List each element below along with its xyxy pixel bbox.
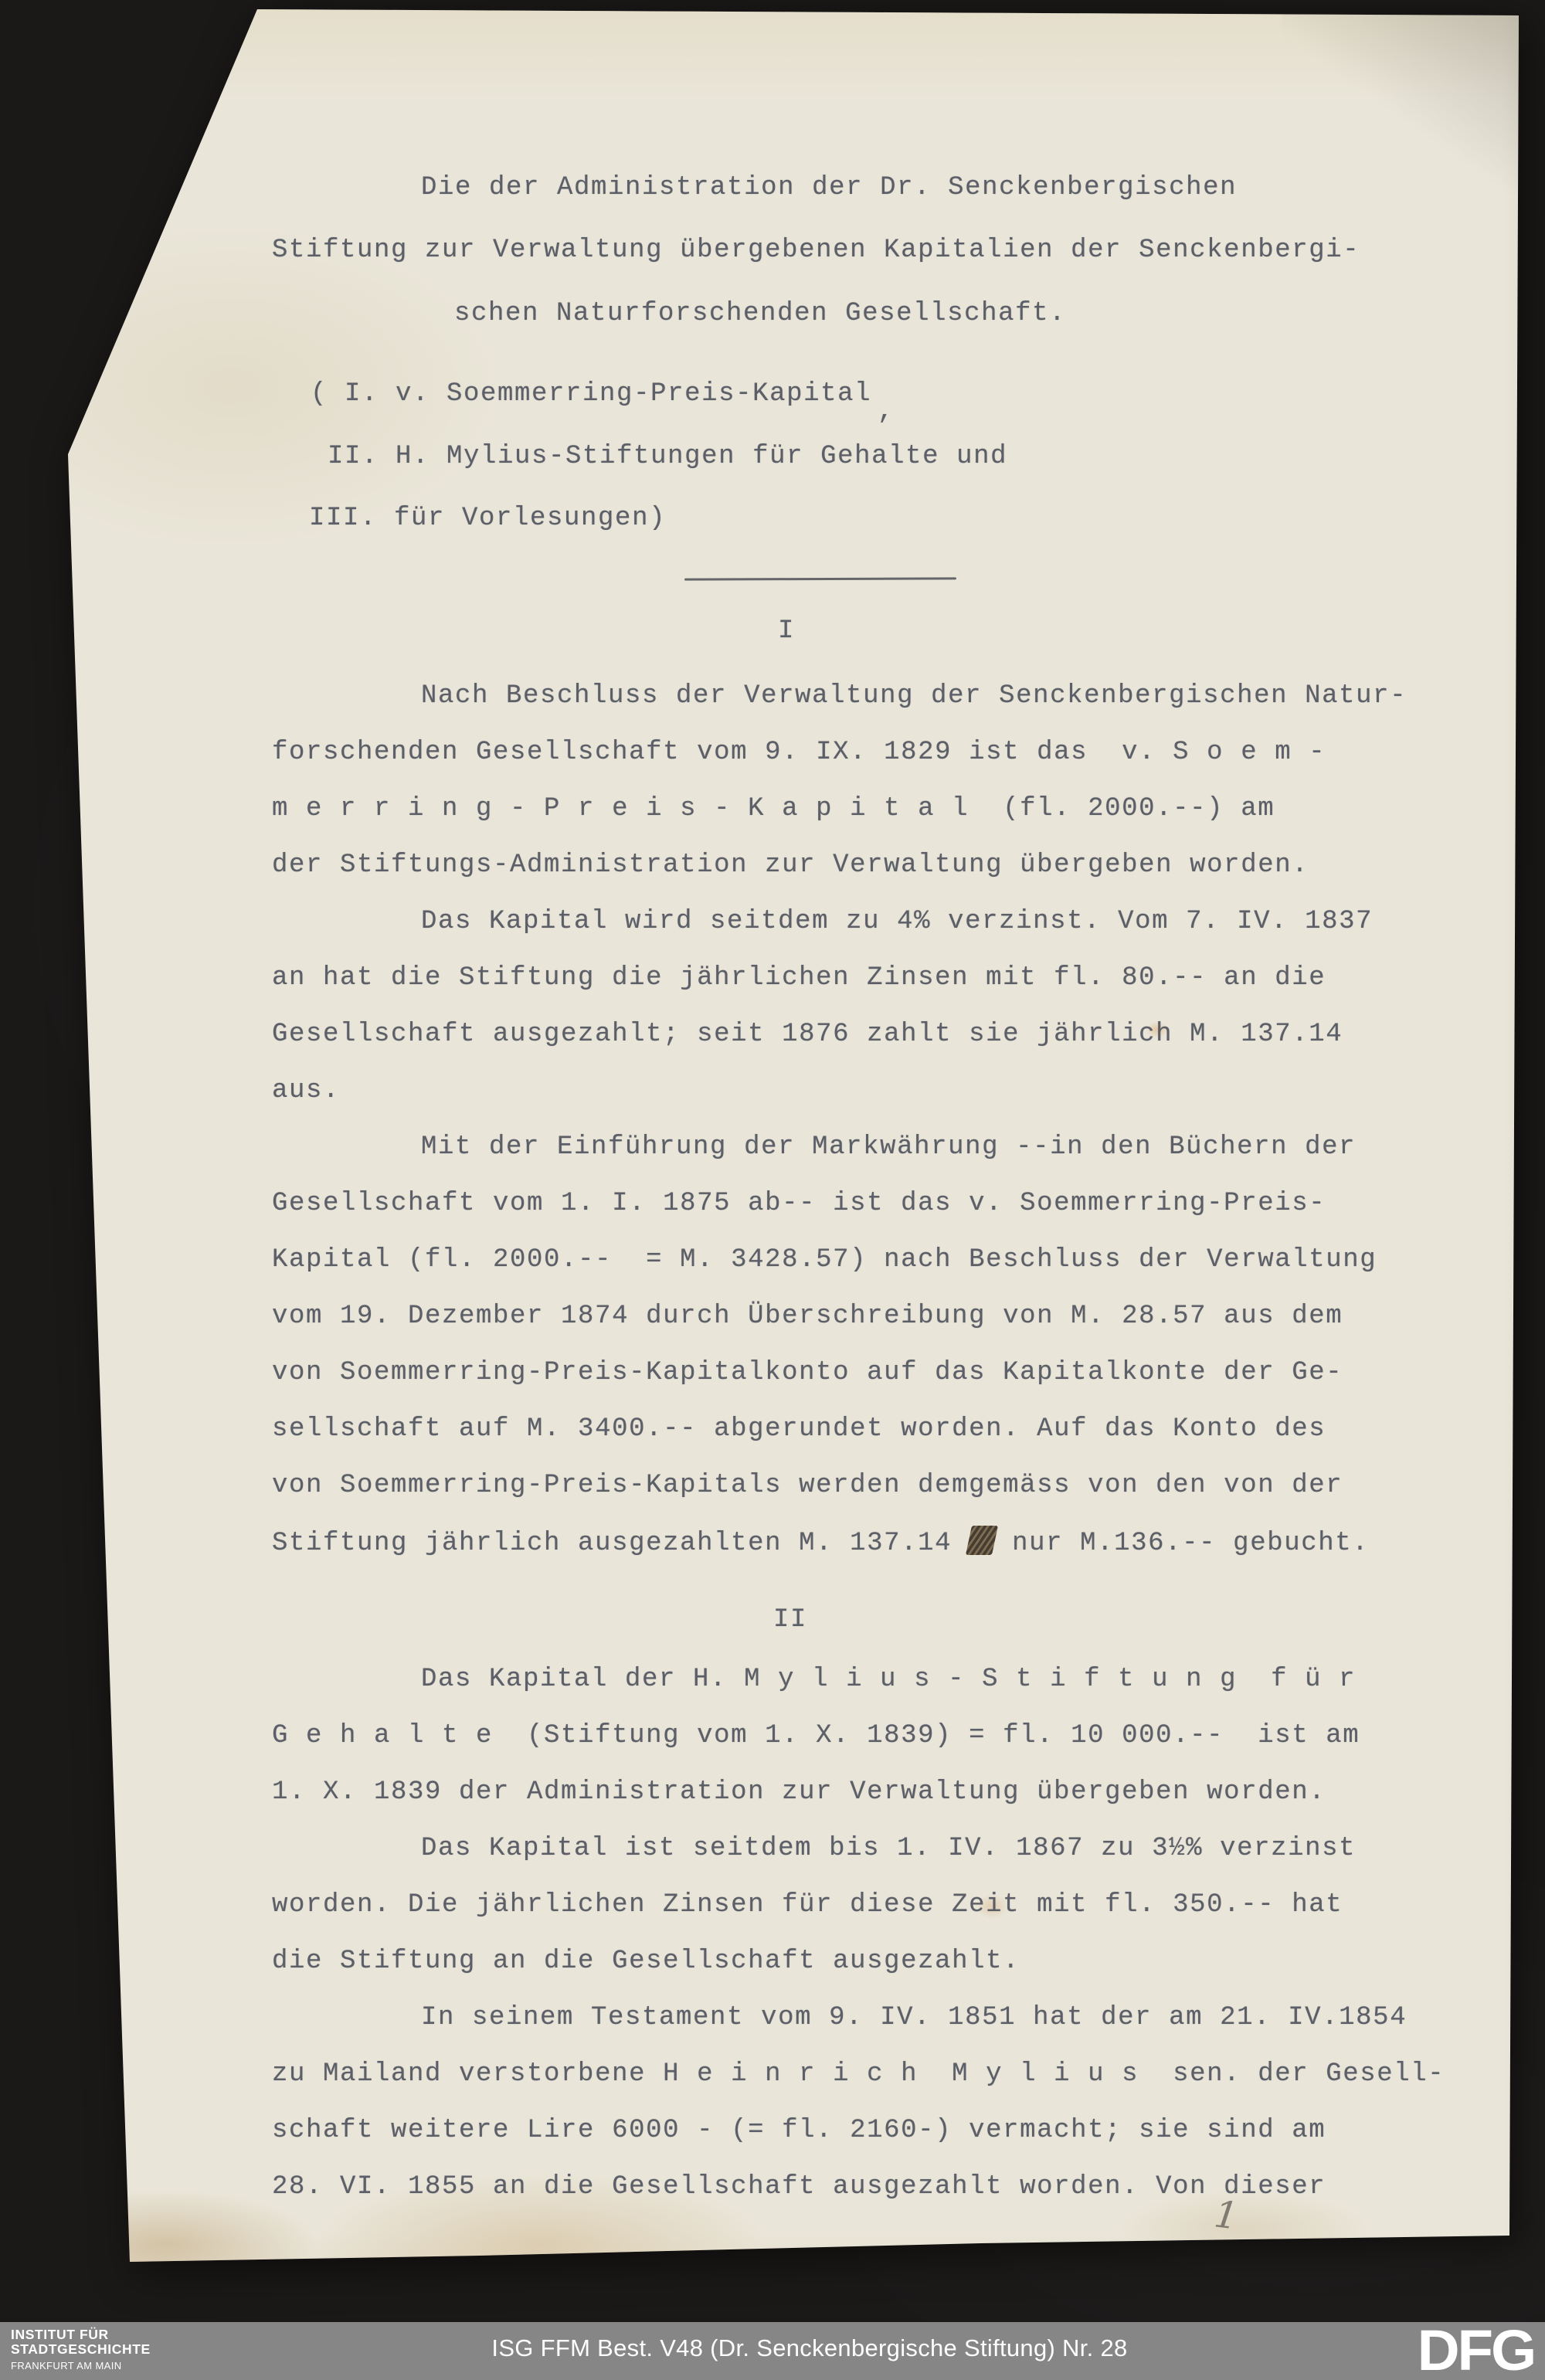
typed-line: an hat die Stiftung die jährlichen Zinse… [272, 962, 1326, 994]
typed-line: vom 19. Dezember 1874 durch Überschreibu… [272, 1300, 1343, 1333]
typed-line: Mit der Einführung der Markwährung --in … [421, 1131, 1356, 1163]
typed-line: der Stiftungs-Administration zur Verwalt… [272, 849, 1309, 881]
title-line: Stiftung zur Verwaltung übergebenen Kapi… [272, 234, 1360, 267]
section-divider-rule [684, 577, 956, 580]
title-line: Die der Administration der Dr. Senckenbe… [421, 171, 1237, 204]
typed-line: 28. VI. 1855 an die Gesellschaft ausgeza… [272, 2171, 1326, 2203]
list-line: ( I. v. Soemmerring-Preis-Kapital [311, 378, 871, 410]
typed-line: G e h a l t e (Stiftung vom 1. X. 1839) … [272, 1720, 1360, 1752]
typed-line: m e r r i n g - P r e i s - K a p i t a … [272, 793, 1275, 825]
typed-comma-mark: , [878, 396, 895, 428]
corner-fold-shading [1282, 11, 1522, 196]
typed-line: worden. Die jährlichen Zinsen für diese … [272, 1889, 1343, 1921]
footer-bar: INSTITUT FÜR STADTGESCHICHTE FRANKFURT A… [0, 2322, 1545, 2380]
typed-line: Das Kapital ist seitdem bis 1. IV. 1867 … [421, 1832, 1356, 1865]
document-page: Die der Administration der Dr. Senckenbe… [0, 0, 1545, 2380]
typed-line: Gesellschaft ausgezahlt; seit 1876 zahlt… [272, 1018, 1343, 1051]
typed-line: die Stiftung an die Gesellschaft ausgeza… [272, 1945, 1020, 1978]
pencil-page-number: 1 [1212, 2192, 1241, 2238]
list-line: III. für Vorlesungen) [309, 502, 666, 535]
typed-text: nur M.136.-- gebucht. [995, 1529, 1369, 1558]
title-line: schen Naturforschenden Gesellschaft. [454, 297, 1066, 330]
typed-line: 1. X. 1839 der Administration zur Verwal… [272, 1776, 1326, 1808]
archive-reference-caption: ISG FFM Best. V48 (Dr. Senckenbergische … [74, 2334, 1545, 2362]
typed-line: forschenden Gesellschaft vom 9. IX. 1829… [272, 736, 1326, 769]
typed-line: aus. [272, 1075, 340, 1107]
section-heading: II [773, 1604, 807, 1636]
typed-line: von Soemmerring-Preis-Kapitals werden de… [272, 1469, 1343, 1502]
dfg-logo: DFG [1417, 2318, 1534, 2380]
typed-line: In seinem Testament vom 9. IV. 1851 hat … [421, 2001, 1407, 2034]
ink-strikeout-mark [966, 1526, 998, 1555]
typed-line: zu Mailand verstorbene H e i n r i c h M… [272, 2058, 1445, 2090]
typed-line: Das Kapital der H. M y l i u s - S t i f… [421, 1663, 1356, 1696]
typed-line: von Soemmerring-Preis-Kapitalkonto auf d… [272, 1356, 1343, 1389]
typed-line: schaft weitere Lire 6000 - (= fl. 2160-)… [272, 2114, 1326, 2147]
typed-line: Gesellschaft vom 1. I. 1875 ab-- ist das… [272, 1187, 1326, 1220]
typed-text: Stiftung jährlich ausgezahlten M. 137.14 [272, 1529, 969, 1558]
typed-line: Nach Beschluss der Verwaltung der Sencke… [421, 680, 1407, 712]
list-line: II. H. Mylius-Stiftungen für Gehalte und [328, 440, 1007, 473]
typed-line: sellschaft auf M. 3400.-- abgerundet wor… [272, 1413, 1326, 1445]
document-page-wrap: Die der Administration der Dr. Senckenbe… [0, 0, 1545, 2380]
typed-line-with-strikeout: Stiftung jährlich ausgezahlten M. 137.14… [272, 1526, 1369, 1560]
typed-line: Kapital (fl. 2000.-- = M. 3428.57) nach … [272, 1244, 1377, 1276]
typed-line: Das Kapital wird seitdem zu 4% verzinst.… [421, 905, 1373, 938]
scan-viewer: Die der Administration der Dr. Senckenbe… [0, 0, 1545, 2380]
section-heading: I [778, 615, 795, 647]
